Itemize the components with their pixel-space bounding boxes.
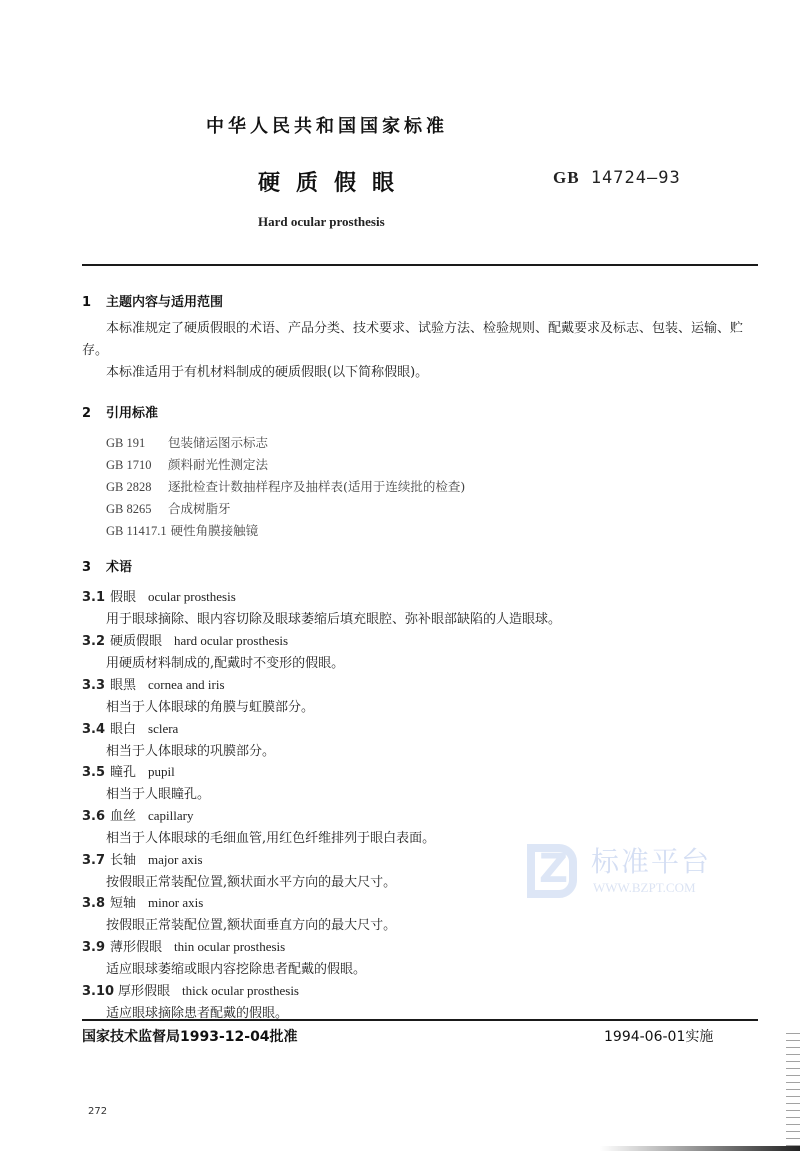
term-definition: 相当于人体眼球的毛细血管,用红色纤维排列于眼白表面。: [106, 827, 435, 846]
watermark: 标准平台 WWW.BZPT.COM: [527, 840, 727, 900]
term-en: sclera: [148, 721, 178, 736]
standard-prefix: GB: [553, 168, 580, 187]
section-title: 主题内容与适用范围: [106, 295, 223, 310]
term-cn: 假眼: [110, 590, 136, 605]
term-cn: 薄形假眼: [110, 940, 162, 955]
reference-title: 颜料耐光性测定法: [168, 457, 268, 472]
reference-code: GB 191: [106, 432, 164, 454]
term-en: hard ocular prosthesis: [174, 633, 288, 648]
term-en: capillary: [148, 808, 193, 823]
term-cn: 短轴: [110, 896, 136, 911]
term-en: minor axis: [148, 895, 203, 910]
scan-bottom-artifact: [600, 1146, 800, 1151]
term-cn: 眼白: [110, 722, 136, 737]
term-number: 3.3: [82, 678, 110, 693]
term-en: cornea and iris: [148, 677, 225, 692]
term-cn: 厚形假眼: [118, 984, 170, 999]
term-number: 3.1: [82, 590, 110, 605]
watermark-text: 标准平台: [591, 840, 711, 880]
term-definition: 用于眼球摘除、眼内容切除及眼球萎缩后填充眼腔、弥补眼部缺陷的人造眼球。: [106, 608, 561, 627]
term-cn: 长轴: [110, 853, 136, 868]
section-title: 术语: [106, 560, 132, 575]
national-standard-label: 中华人民共和国国家标准: [206, 112, 448, 138]
term-definition: 相当于人体眼球的角膜与虹膜部分。: [106, 696, 314, 715]
section-number: 3: [82, 560, 106, 575]
paragraph: 本标准规定了硬质假眼的术语、产品分类、技术要求、试验方法、检验规则、配戴要求及标…: [82, 318, 758, 362]
reference-code: GB 8265: [106, 498, 164, 520]
term-en: thin ocular prosthesis: [174, 939, 285, 954]
standard-number: GB 14724—93: [553, 168, 681, 188]
term-entry: 3.9薄形假眼thin ocular prosthesis 适应眼球萎缩或眼内容…: [82, 936, 366, 977]
term-entry: 3.2硬质假眼hard ocular prosthesis 用硬质材料制成的,配…: [82, 630, 344, 671]
standard-code: 14724—93: [591, 168, 681, 188]
term-number: 3.5: [82, 765, 110, 780]
reference-title: 合成树脂牙: [168, 501, 231, 516]
term-cn: 眼黑: [110, 678, 136, 693]
bzpt-logo-icon: [527, 844, 577, 898]
reference-item: GB 1710 颜料耐光性测定法: [106, 454, 465, 476]
reference-item: GB 191 包装储运图示标志: [106, 432, 465, 454]
term-cn: 硬质假眼: [110, 634, 162, 649]
term-entry: 3.5瞳孔pupil 相当于人眼瞳孔。: [82, 761, 210, 802]
section-number: 1: [82, 295, 106, 310]
term-entry: 3.7长轴major axis 按假眼正常装配位置,额状面水平方向的最大尺寸。: [82, 849, 396, 890]
term-number: 3.6: [82, 809, 110, 824]
term-entry: 3.6血丝capillary 相当于人体眼球的毛细血管,用红色纤维排列于眼白表面…: [82, 805, 435, 846]
term-definition: 相当于人体眼球的巩膜部分。: [106, 740, 275, 759]
document-title-cn: 硬质假眼: [258, 166, 410, 197]
term-definition: 用硬质材料制成的,配戴时不变形的假眼。: [106, 652, 344, 671]
term-number: 3.2: [82, 634, 110, 649]
term-number: 3.8: [82, 896, 110, 911]
term-en: major axis: [148, 852, 203, 867]
approval-date: 国家技术监督局1993-12-04批准: [82, 1026, 298, 1046]
term-en: thick ocular prosthesis: [182, 983, 299, 998]
effective-date: 1994-06-01实施: [604, 1026, 713, 1046]
reference-code: GB 11417.1: [106, 520, 167, 542]
section-number: 2: [82, 406, 106, 421]
term-entry: 3.8短轴minor axis 按假眼正常装配位置,额状面垂直方向的最大尺寸。: [82, 892, 396, 933]
term-entry: 3.3眼黑cornea and iris 相当于人体眼球的角膜与虹膜部分。: [82, 674, 314, 715]
header-divider: [82, 264, 758, 266]
term-definition: 按假眼正常装配位置,额状面水平方向的最大尺寸。: [106, 871, 396, 890]
reference-title: 包装储运图示标志: [168, 435, 268, 450]
term-en: ocular prosthesis: [148, 589, 236, 604]
term-en: pupil: [148, 764, 175, 779]
reference-item: GB 2828 逐批检查计数抽样程序及抽样表(适用于连续批的检查): [106, 476, 465, 498]
reference-code: GB 2828: [106, 476, 164, 498]
term-definition: 按假眼正常装配位置,额状面垂直方向的最大尺寸。: [106, 914, 396, 933]
term-entry: 3.10厚形假眼thick ocular prosthesis 适应眼球摘除患者…: [82, 980, 299, 1021]
term-number: 3.7: [82, 853, 110, 868]
term-number: 3.4: [82, 722, 110, 737]
section-1-body: 本标准规定了硬质假眼的术语、产品分类、技术要求、试验方法、检验规则、配戴要求及标…: [82, 318, 758, 384]
section-3-heading: 3术语: [82, 556, 132, 575]
footer-divider: [82, 1019, 758, 1021]
term-cn: 瞳孔: [110, 765, 136, 780]
document-title-en: Hard ocular prosthesis: [258, 214, 385, 230]
page-number: 272: [88, 1106, 107, 1117]
section-1-heading: 1主题内容与适用范围: [82, 291, 223, 310]
referenced-standards-list: GB 191 包装储运图示标志 GB 1710 颜料耐光性测定法 GB 2828…: [106, 432, 465, 542]
term-cn: 血丝: [110, 809, 136, 824]
section-2-heading: 2引用标准: [82, 402, 158, 421]
reference-code: GB 1710: [106, 454, 164, 476]
term-number: 3.9: [82, 940, 110, 955]
reference-item: GB 8265 合成树脂牙: [106, 498, 465, 520]
term-number: 3.10: [82, 984, 118, 999]
section-title: 引用标准: [106, 406, 158, 421]
watermark-url: WWW.BZPT.COM: [593, 880, 696, 896]
scan-edge-artifact: [786, 1030, 800, 1151]
term-definition: 相当于人眼瞳孔。: [106, 783, 210, 802]
term-entry: 3.1假眼ocular prosthesis 用于眼球摘除、眼内容切除及眼球萎缩…: [82, 586, 561, 627]
reference-title: 逐批检查计数抽样程序及抽样表(适用于连续批的检查): [168, 479, 465, 494]
term-entry: 3.4眼白sclera 相当于人体眼球的巩膜部分。: [82, 718, 275, 759]
reference-item: GB 11417.1 硬性角膜接触镜: [106, 520, 465, 542]
paragraph: 本标准适用于有机材料制成的硬质假眼(以下简称假眼)。: [82, 362, 758, 384]
reference-title: 硬性角膜接触镜: [171, 523, 259, 538]
term-definition: 适应眼球萎缩或眼内容挖除患者配戴的假眼。: [106, 958, 366, 977]
